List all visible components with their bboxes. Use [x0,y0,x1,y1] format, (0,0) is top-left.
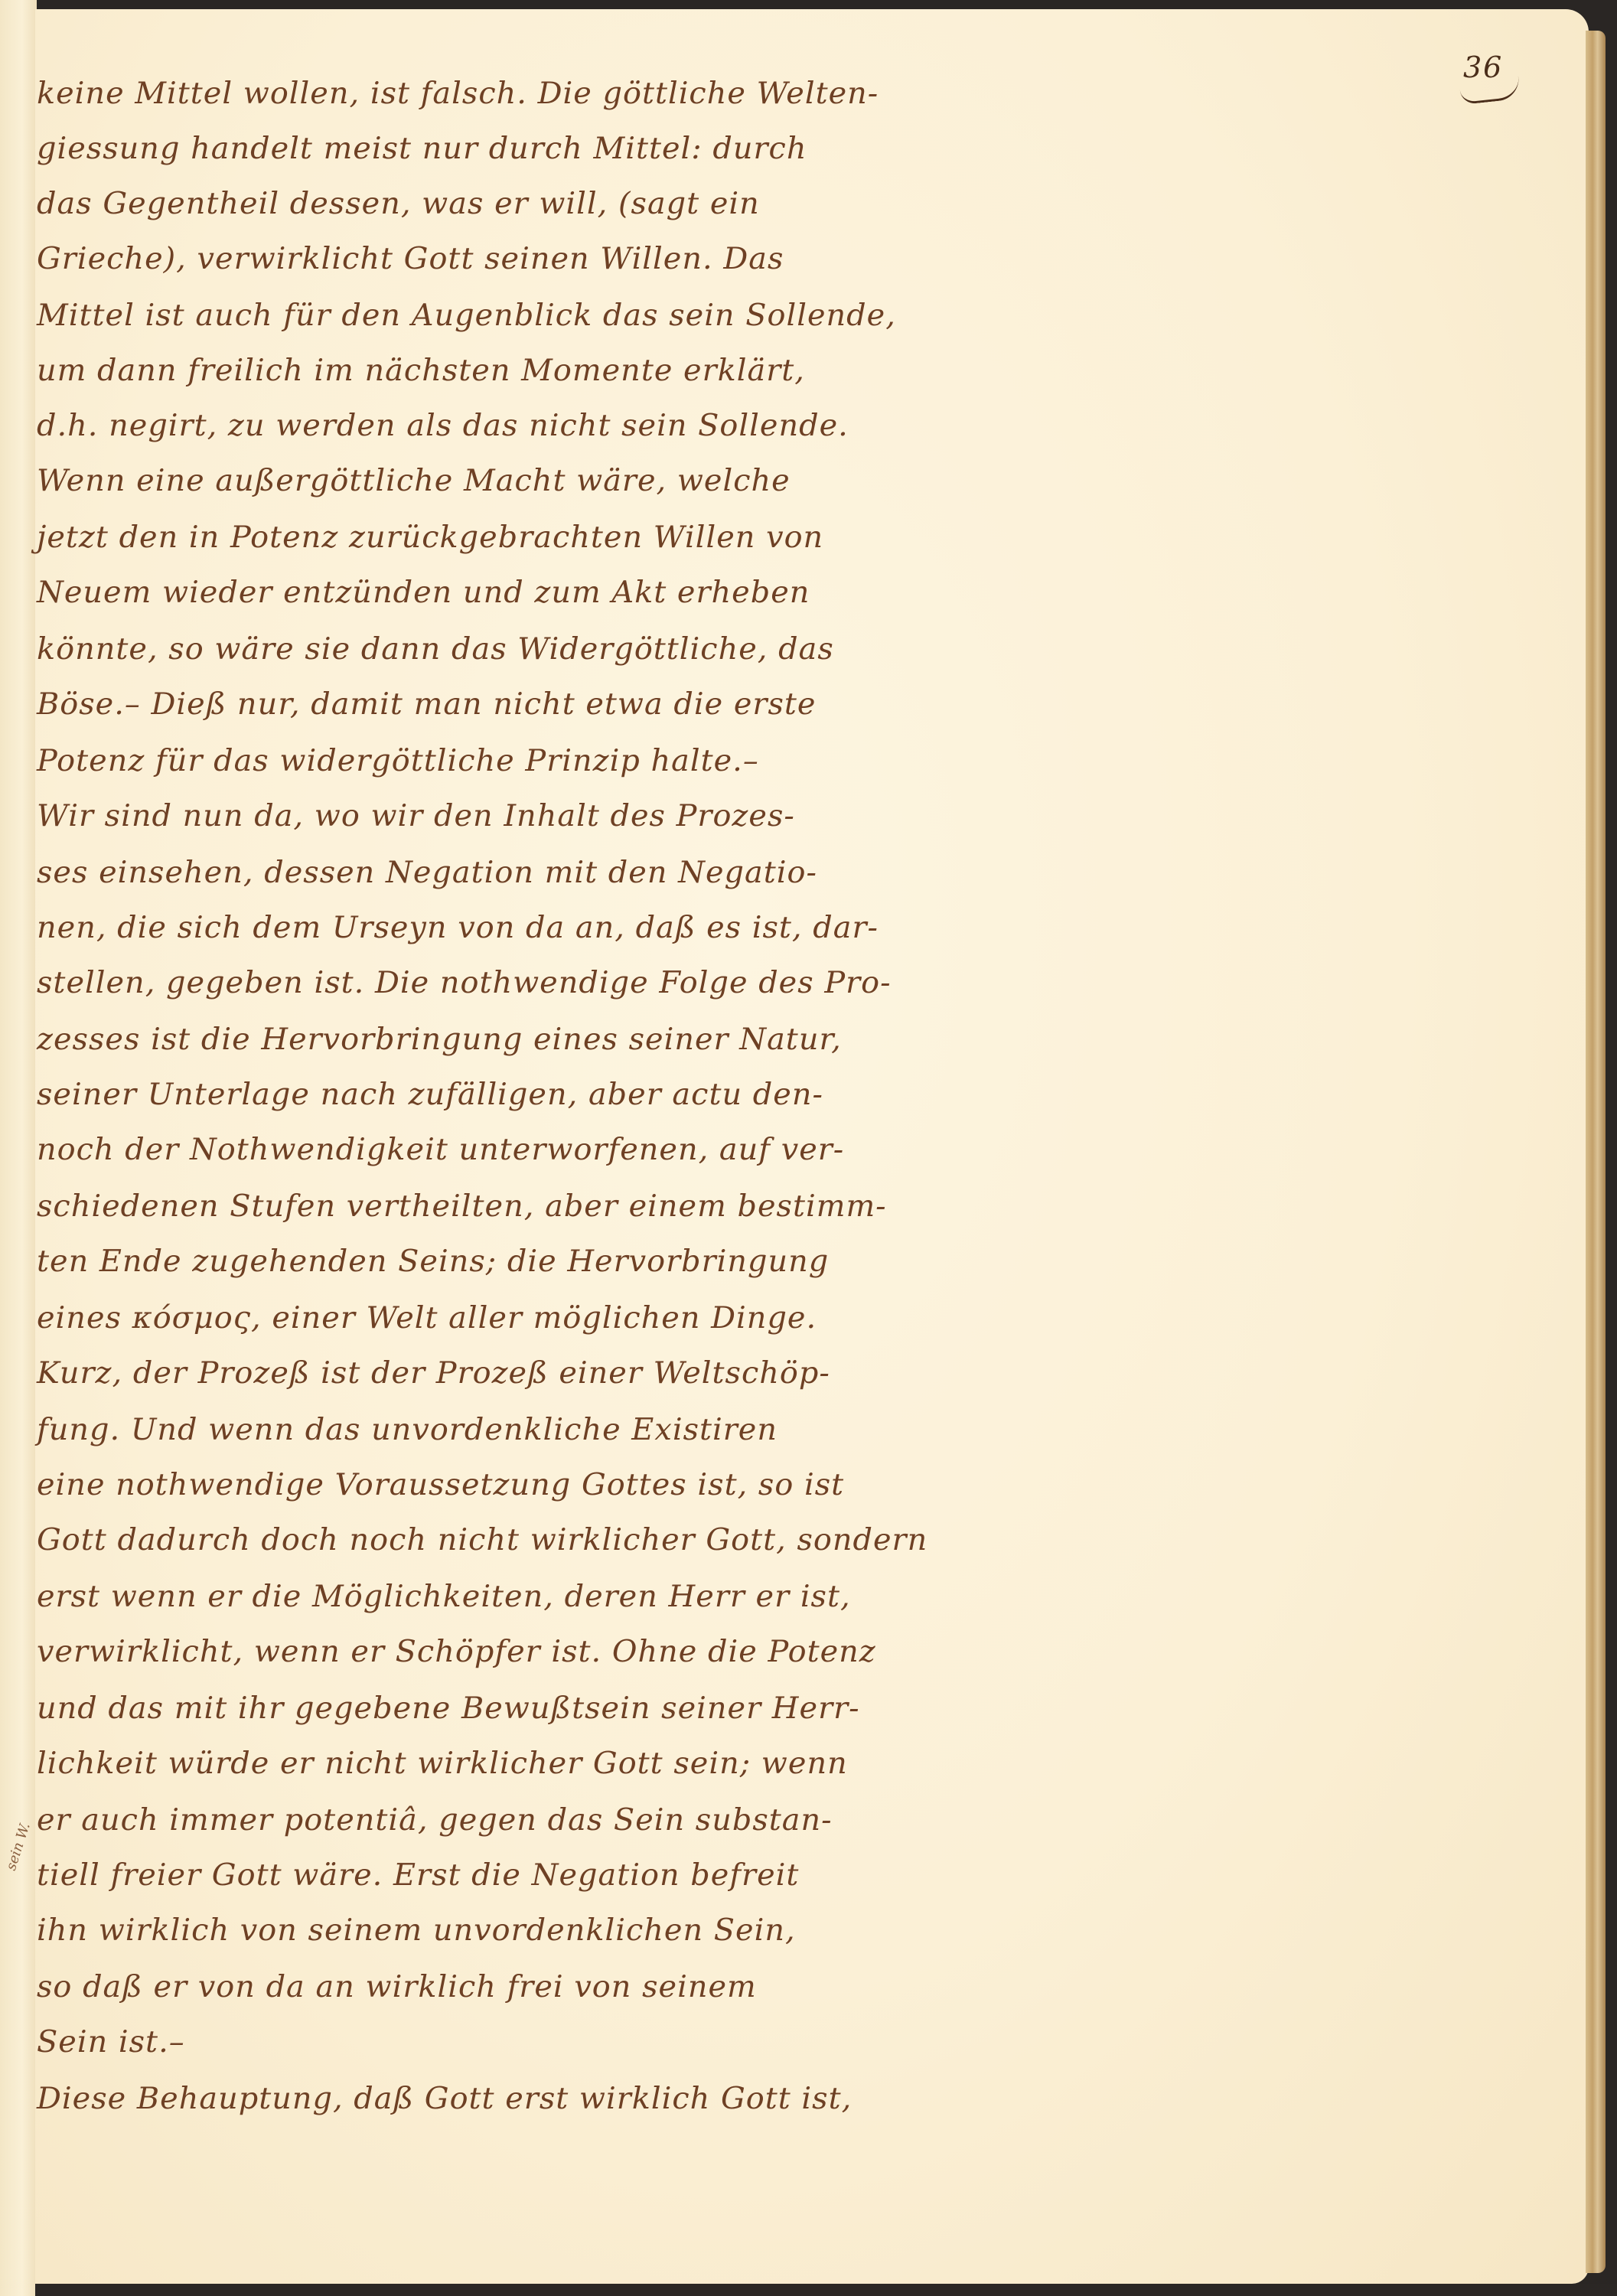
text-line: ses einsehen, dessen Negation mit den Ne… [37,856,817,890]
text-line: er auch immer potentiâ, gegen das Sein s… [37,1803,833,1838]
text-line: stellen, gegeben ist. Die nothwendige Fo… [37,966,892,1000]
text-line: tiell freier Gott wäre. Erst die Negatio… [37,1858,799,1893]
text-line: könnte, so wäre sie dann das Widergöttli… [37,632,834,667]
text-line: Wir sind nun da, wo wir den Inhalt des P… [37,799,795,833]
text-line: ten Ende zugehenden Seins; die Hervorbri… [37,1244,829,1279]
text-line: das Gegentheil dessen, was er will, (sag… [37,187,760,221]
text-line: fung. Und wenn das unvordenkliche Existi… [37,1413,778,1447]
text-line: so daß er von da an wirklich frei von se… [37,1970,757,2004]
text-line: erst wenn er die Möglichkeiten, deren He… [37,1580,851,1614]
text-line: Böse.– Dieß nur, damit man nicht etwa di… [37,687,816,722]
text-line: seiner Unterlage nach zufälligen, aber a… [37,1078,823,1112]
page-stack-edge [1586,31,1606,2273]
text-line: verwirklicht, wenn er Schöpfer ist. Ohne… [37,1635,876,1669]
text-line: Sein ist.– [37,2025,185,2060]
text-line: und das mit ihr gegebene Bewußtsein sein… [37,1691,860,1726]
text-line: zesses ist die Hervorbringung eines sein… [37,1022,842,1057]
text-line: eines κόσμος, einer Welt aller möglichen… [37,1301,817,1336]
text-line: d.h. negirt, zu werden als das nicht sei… [37,409,849,443]
text-line: Mittel ist auch für den Augenblick das s… [37,298,896,333]
text-line: noch der Nothwendigkeit unterworfenen, a… [37,1133,844,1167]
text-line: lichkeit würde er nicht wirklicher Gott … [37,1746,848,1781]
text-line: schiedenen Stufen vertheilten, aber eine… [37,1189,887,1224]
text-line: eine nothwendige Voraussetzung Gottes is… [37,1468,844,1502]
text-line: Wenn eine außergöttliche Macht wäre, wel… [37,464,791,498]
text-line: ihn wirklich von seinem unvordenklichen … [37,1913,796,1948]
text-line: jetzt den in Potenz zurückgebrachten Wil… [37,520,823,555]
text-line: Kurz, der Prozeß ist der Prozeß einer We… [37,1356,830,1391]
text-line: Gott dadurch doch noch nicht wirklicher … [37,1523,927,1557]
text-line: nen, die sich dem Urseyn von da an, daß … [37,911,879,945]
text-line: Neuem wieder entzünden und zum Akt erheb… [37,576,810,610]
book-cover-bottom [35,2284,1617,2296]
text-line: Diese Behauptung, daß Gott erst wirklich… [37,2082,852,2116]
book-gutter [0,0,37,2296]
text-line: um dann freilich im nächsten Momente erk… [37,354,805,388]
text-line: Potenz für das widergöttliche Prinzip ha… [37,744,759,778]
text-line: Grieche), verwirklicht Gott seinen Wille… [37,242,784,276]
text-line: giessung handelt meist nur durch Mittel:… [37,132,807,166]
text-line: keine Mittel wollen, ist falsch. Die göt… [37,77,879,111]
